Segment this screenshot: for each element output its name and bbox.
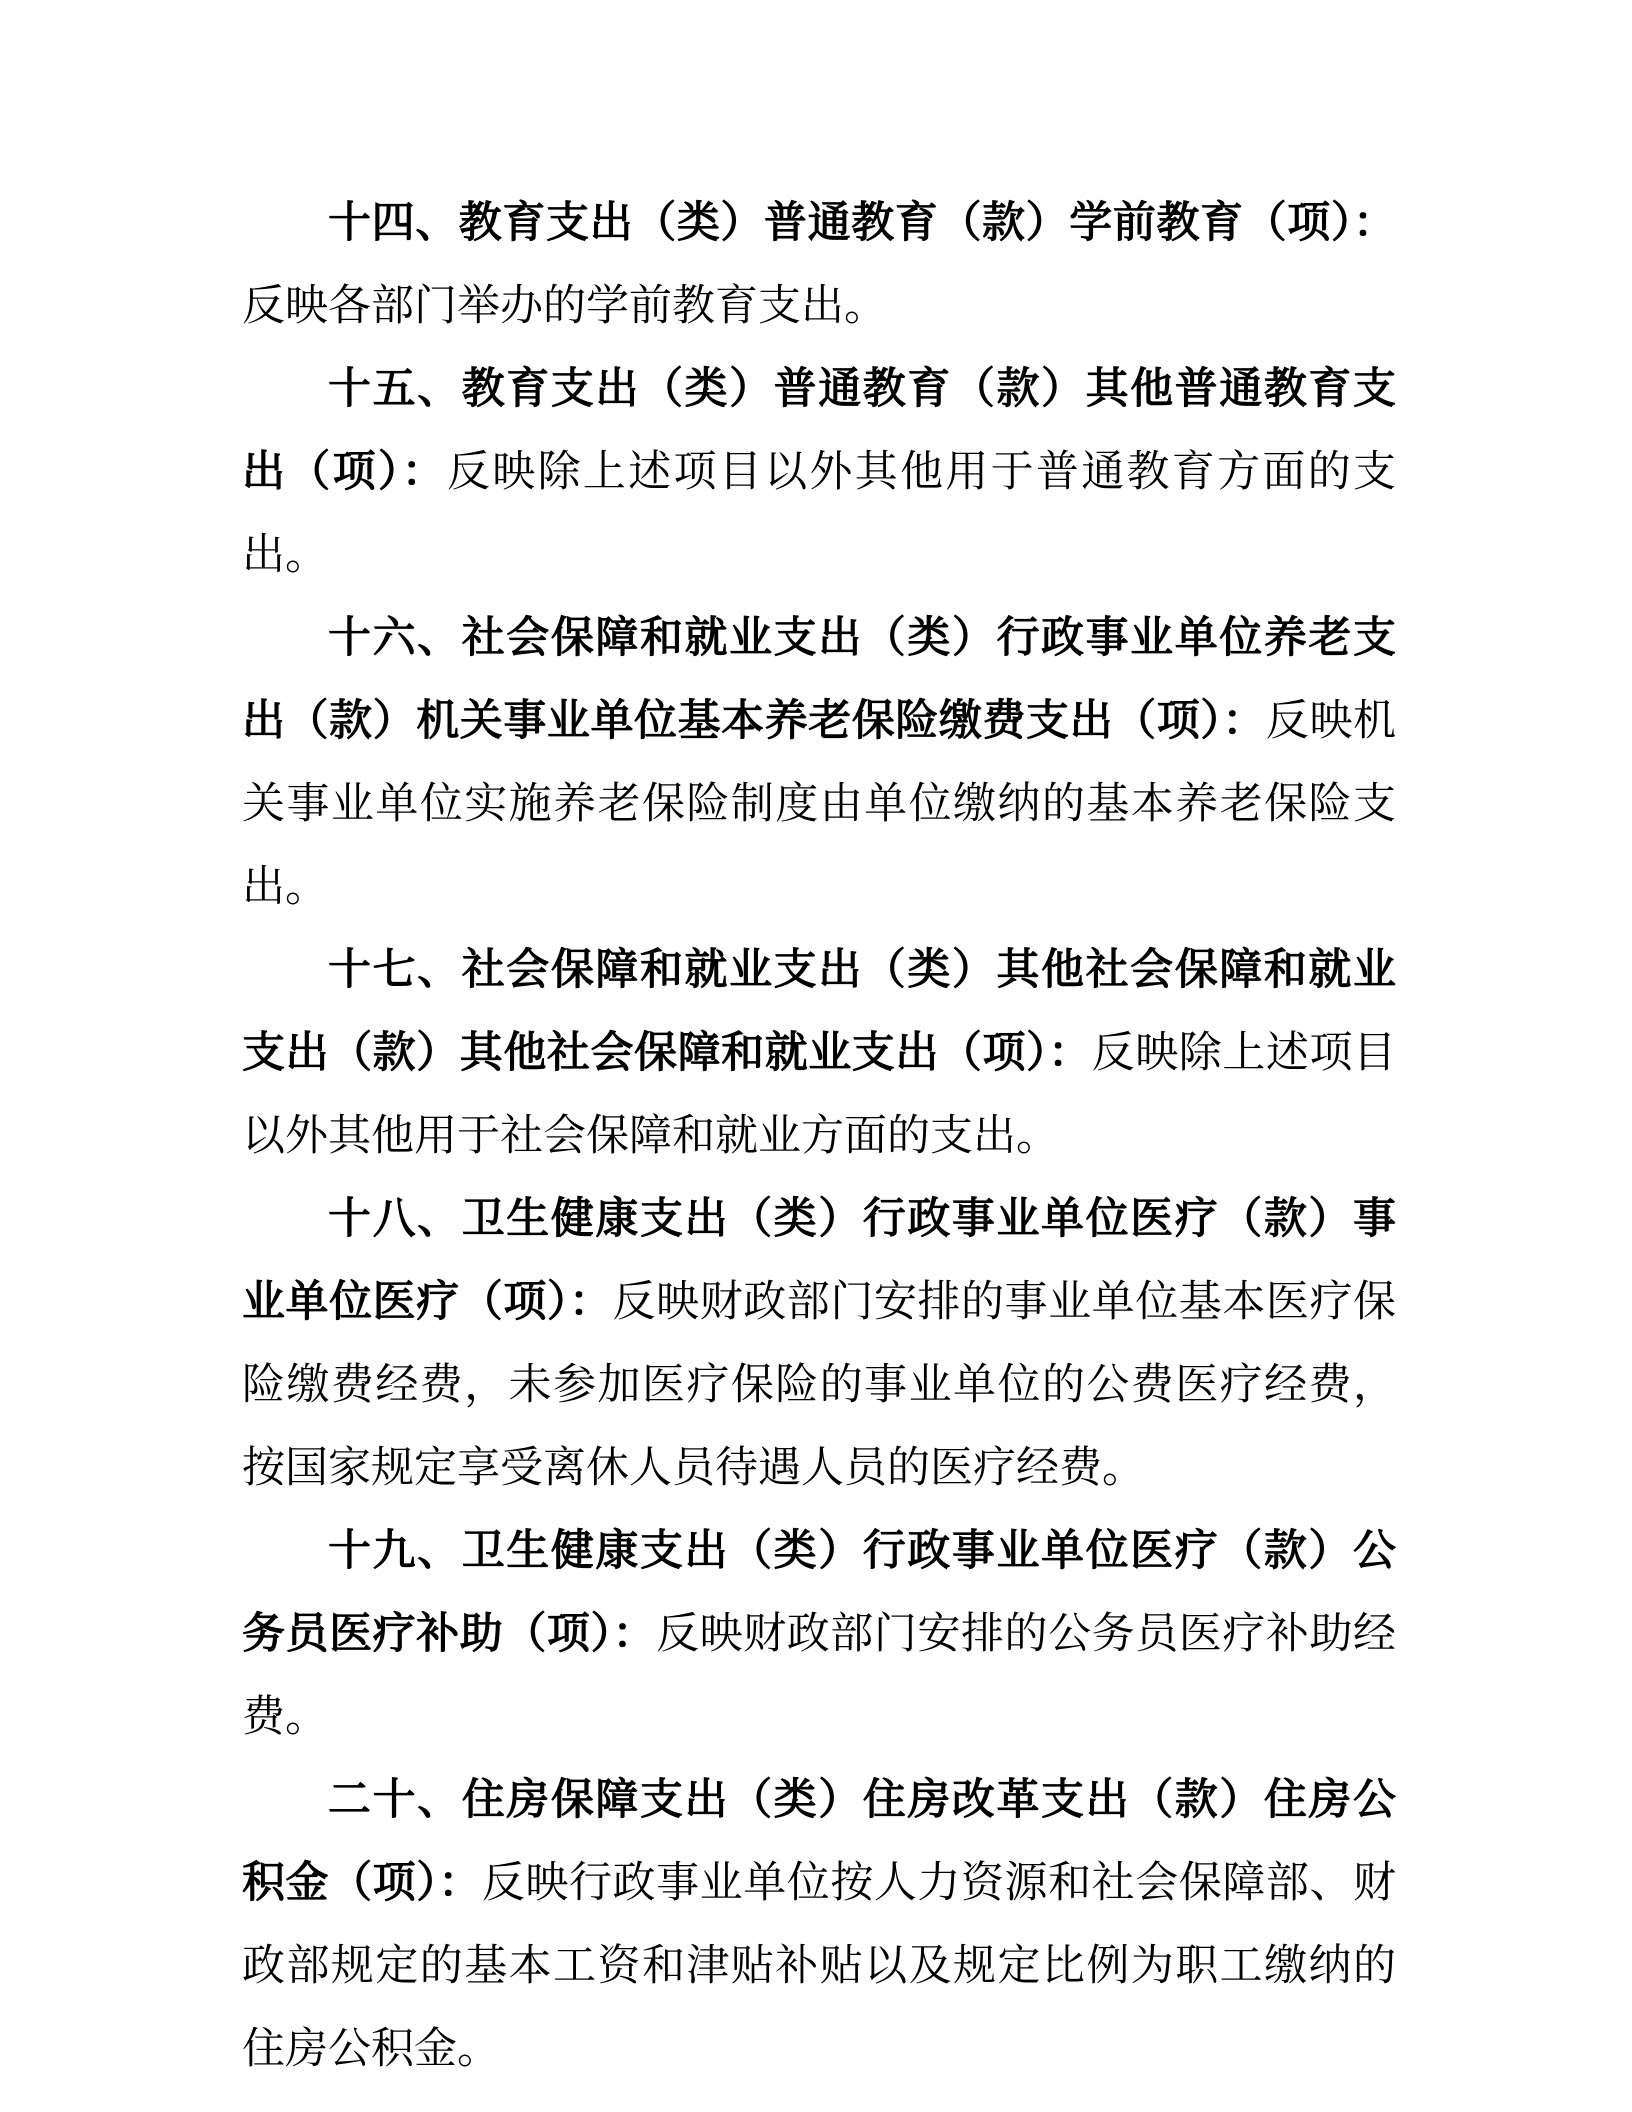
budget-item-paragraph: 十五、教育支出（类）普通教育（款）其他普通教育支出（项）：反映除上述项目以外其他…	[242, 348, 1396, 597]
budget-item-paragraph: 十六、社会保障和就业支出（类）行政事业单位养老支出（款）机关事业单位基本养老保险…	[242, 597, 1396, 929]
budget-item-paragraph: 十四、教育支出（类）普通教育（款）学前教育（项）：反映各部门举办的学前教育支出。	[242, 182, 1396, 348]
budget-item-heading: 十四、教育支出（类）普通教育（款）学前教育（项）：	[328, 198, 1396, 248]
budget-item-paragraph: 二十、住房保障支出（类）住房改革支出（款）住房公积金（项）：反映行政事业单位按人…	[242, 1759, 1396, 2091]
budget-item-description: 反映各部门举办的学前教育支出。	[242, 281, 887, 331]
budget-item-heading: 十六、社会保障和就业支出（类）行政事业单位养老支出（款）机关事业单位基本养老保险…	[242, 613, 1396, 746]
budget-item-paragraph: 十九、卫生健康支出（类）行政事业单位医疗（款）公务员医疗补助（项）：反映财政部门…	[242, 1510, 1396, 1759]
document-page: 十四、教育支出（类）普通教育（款）学前教育（项）：反映各部门举办的学前教育支出。…	[0, 0, 1632, 2112]
budget-item-paragraph: 十八、卫生健康支出（类）行政事业单位医疗（款）事业单位医疗（项）：反映财政部门安…	[242, 1178, 1396, 1510]
document-text-block: 十四、教育支出（类）普通教育（款）学前教育（项）：反映各部门举办的学前教育支出。…	[242, 182, 1396, 2091]
budget-item-paragraph: 十七、社会保障和就业支出（类）其他社会保障和就业支出（款）其他社会保障和就业支出…	[242, 929, 1396, 1178]
